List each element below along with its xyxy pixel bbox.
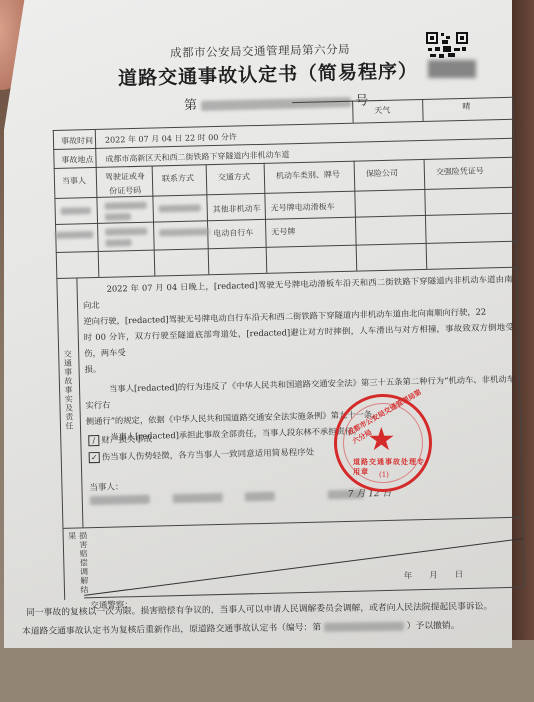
party1-id-redacted bbox=[104, 200, 146, 221]
party1-name-redacted bbox=[61, 207, 91, 215]
col-insurer: 保险公司 bbox=[366, 168, 398, 180]
table-surface bbox=[0, 648, 534, 702]
qr-code-redacted bbox=[428, 60, 476, 78]
seal-number: (1) bbox=[379, 471, 389, 479]
official-seal: 成都市公安局交通管理局第六分局 ★ 道路交通事故处理专用章 (1) bbox=[334, 394, 432, 492]
diagonal-strike-line bbox=[82, 517, 524, 598]
checkmark-icon: ✓ bbox=[89, 452, 100, 463]
party2-vehicle: 无号牌 bbox=[271, 226, 295, 238]
signature-month: 7 月 bbox=[348, 489, 366, 499]
accident-location-label: 事故地点 bbox=[61, 154, 93, 166]
checkbox-property-loss[interactable]: /财产损失事故 bbox=[88, 433, 152, 447]
party1-transport: 其他非机动车 bbox=[213, 203, 261, 215]
party1-phone-redacted bbox=[159, 202, 201, 212]
weather-value: 晴 bbox=[462, 101, 470, 112]
party2-id-redacted bbox=[105, 226, 147, 247]
accident-form: 天气 晴 事故时间 2022 年 07 月 04 日 22 时 00 分许 事故… bbox=[52, 89, 524, 600]
party-signature-label: 当事人： bbox=[89, 480, 123, 493]
accident-time-value: 2022 年 07 月 04 日 22 时 00 分许 bbox=[105, 131, 237, 145]
party2-transport: 电动自行车 bbox=[213, 227, 253, 239]
party2-name-redacted bbox=[55, 229, 93, 239]
col-contact: 联系方式 bbox=[162, 173, 194, 185]
responsibility-side-label: 交通事故事实及责任 bbox=[62, 350, 76, 470]
star-icon: ★ bbox=[367, 423, 396, 455]
col-policy: 交强险凭证号 bbox=[436, 165, 484, 177]
police-date: 年 月 日 bbox=[404, 568, 464, 581]
seal-center-text: 道路交通事故处理专用章 bbox=[353, 457, 429, 477]
footer-note-2b: ）予以撤销。 bbox=[407, 621, 460, 632]
checkbox-label: 伤当事人伤势轻微，各方当事人一致同意适用简易程序处 bbox=[102, 448, 315, 463]
col-party: 当事人 bbox=[62, 175, 86, 187]
col-transport: 交通方式 bbox=[218, 171, 250, 183]
party2-phone-redacted bbox=[159, 226, 209, 236]
previous-doc-number-redacted bbox=[324, 622, 404, 632]
checkbox-minor-injury[interactable]: ✓伤当事人伤势轻微，各方当事人一致同意适用简易程序处 bbox=[89, 446, 315, 464]
party1-vehicle: 无号牌电动滑板车 bbox=[271, 201, 335, 214]
accident-time-label: 事故时间 bbox=[61, 135, 93, 147]
col-license: 驾驶证或身份证号码 bbox=[102, 170, 149, 199]
col-vehicle: 机动车类别、牌号 bbox=[276, 169, 340, 182]
checkbox-icon: / bbox=[88, 435, 99, 446]
table-row bbox=[61, 205, 91, 215]
party-signature-redacted bbox=[90, 489, 364, 505]
weather-label: 天气 bbox=[374, 105, 390, 116]
accident-narrative: 2022 年 07 月 04 日晚上，[redacted]驾驶无号牌电动滑板车沿… bbox=[82, 271, 516, 445]
checkbox-label: 财产损失事故 bbox=[101, 435, 152, 446]
